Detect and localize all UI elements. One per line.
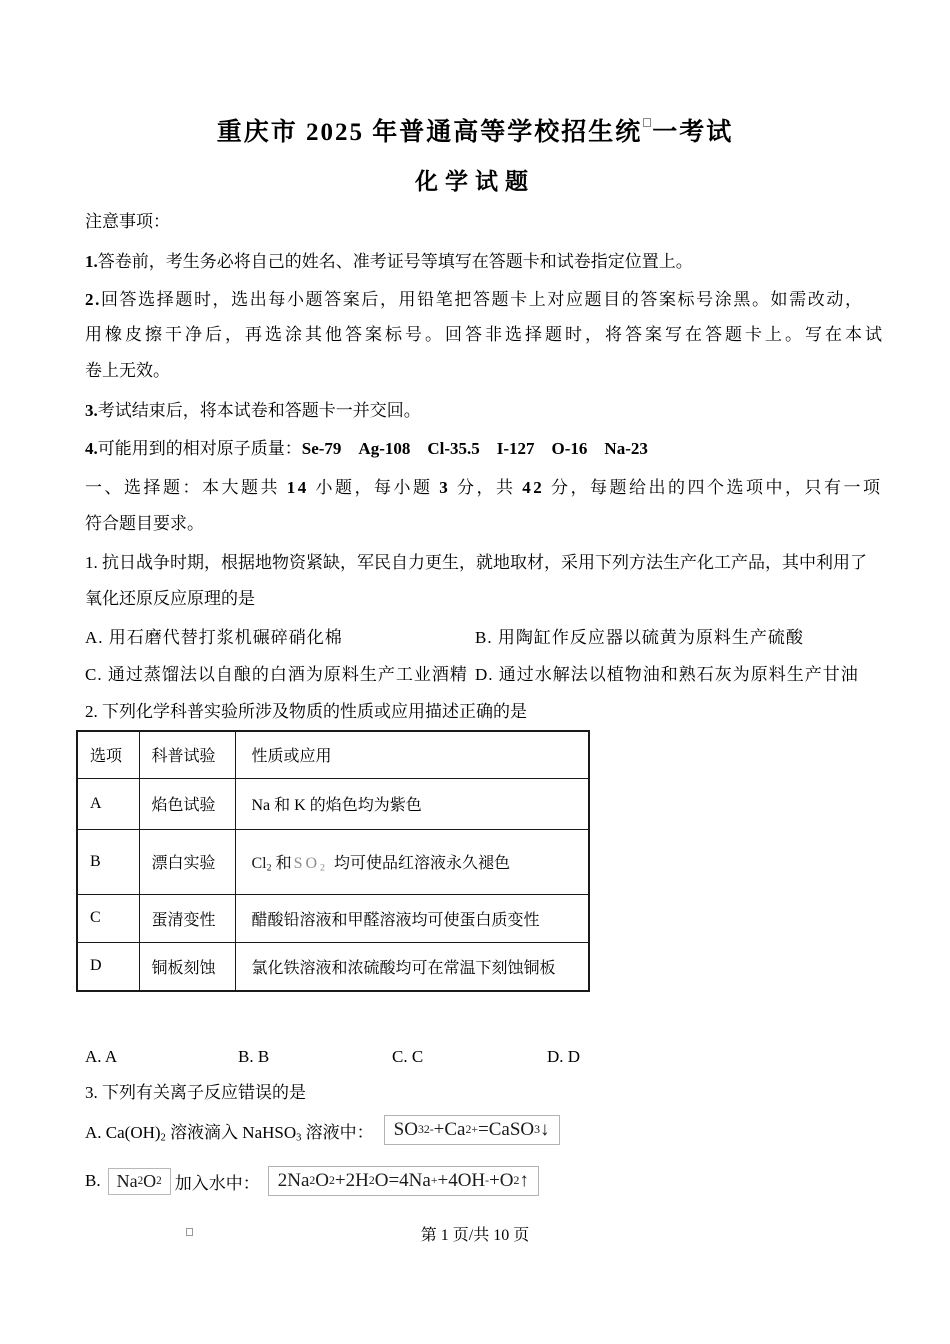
notice-item-2-line-3: 卷上无效。 bbox=[85, 360, 170, 381]
q3-option-b-reagent-box: Na2O2 bbox=[108, 1168, 171, 1195]
table-row: A 焰色试验 Na 和 K 的焰色均为紫色 bbox=[77, 778, 589, 829]
notice-item-3-number: 3. bbox=[85, 401, 98, 420]
question-3-stem: 3. 下列有关离子反应错误的是 bbox=[85, 1082, 306, 1103]
missing-glyph-box bbox=[643, 118, 651, 127]
q2-answer-b: B. B bbox=[238, 1046, 269, 1067]
table-row: C 蛋清变性 醋酸铅溶液和甲醛溶液均可使蛋白质变性 bbox=[77, 894, 589, 942]
row-c-option: C bbox=[77, 894, 139, 942]
notice-item-2-text-1: 回答选择题时，选出每小题答案后，用铅笔把答题卡上对应题目的答案标号涂黑。如需改动… bbox=[101, 290, 864, 309]
row-a-experiment: 焰色试验 bbox=[139, 778, 235, 829]
question-1-stem-line-1: 1. 抗日战争时期，根据地物资紧缺，军民自力更生，就地取材，采用下列方法生产化工… bbox=[85, 552, 867, 573]
table-header-experiment: 科普试验 bbox=[139, 731, 235, 778]
row-b-experiment: 漂白实验 bbox=[139, 829, 235, 894]
section-1-heading-line-2: 符合题目要求。 bbox=[85, 513, 204, 534]
question-3-option-b: B. Na2O2 加入水中： 2Na2O2 +2H2O=4Na+ +4OH- +… bbox=[85, 1162, 539, 1200]
table-row: D 铜板刻蚀 氯化铁溶液和浓硫酸均可在常温下刻蚀铜板 bbox=[77, 942, 589, 991]
table-row: B 漂白实验 Cl2 和SO2 均可使品红溶液永久褪色 bbox=[77, 829, 589, 894]
section-1-points-total: 42 bbox=[522, 478, 544, 497]
row-d-experiment: 铜板刻蚀 bbox=[139, 942, 235, 991]
q2-answer-c: C. C bbox=[392, 1046, 423, 1067]
notice-item-4-number: 4. bbox=[85, 439, 98, 458]
notice-heading: 注意事项： bbox=[85, 211, 170, 232]
row-a-option: A bbox=[77, 778, 139, 829]
table-header-row: 选项 科普试验 性质或应用 bbox=[77, 731, 589, 778]
notice-item-2-line-1: 2.回答选择题时，选出每小题答案后，用铅笔把答题卡上对应题目的答案标号涂黑。如需… bbox=[85, 289, 864, 310]
paper-subtitle: 化学试题 bbox=[0, 163, 950, 196]
row-d-desc: 氯化铁溶液和浓硫酸均可在常温下刻蚀铜板 bbox=[235, 942, 589, 991]
row-b-rest-text: 均可使品红溶液永久褪色 bbox=[334, 855, 510, 872]
section-1-seg-2: 小题，每小题 bbox=[309, 478, 440, 497]
row-c-desc: 醋酸铅溶液和甲醛溶液均可使蛋白质变性 bbox=[235, 894, 589, 942]
atomic-masses: Se-79 Ag-108 Cl-35.5 I-127 O-16 Na-23 bbox=[302, 439, 648, 458]
q3-option-b-text: 加入水中： bbox=[175, 1169, 260, 1194]
q3-option-b-label: B. bbox=[85, 1171, 101, 1191]
page-number: 第 1 页/共 10 页 bbox=[0, 1222, 950, 1245]
notice-item-4: 4.可能用到的相对原子质量：Se-79 Ag-108 Cl-35.5 I-127… bbox=[85, 438, 648, 459]
question-1-option-b: B. 用陶缸作反应器以硫黄为原料生产硫酸 bbox=[475, 627, 804, 648]
row-a-desc: Na 和 K 的焰色均为紫色 bbox=[235, 778, 589, 829]
notice-item-2-number: 2. bbox=[85, 290, 101, 309]
exam-paper-page: 重庆市 2025 年普通高等学校招生统一考试 化学试题 注意事项： 1.答卷前，… bbox=[0, 0, 950, 1344]
so2-formula: SO2 bbox=[294, 855, 328, 872]
question-1-option-a: A. 用石磨代替打浆机碾碎硝化棉 bbox=[85, 627, 343, 648]
cl2-formula: Cl2 bbox=[252, 855, 272, 872]
notice-item-3-text: 考试结束后，将本试卷和答题卡一并交回。 bbox=[98, 401, 421, 420]
section-1-points-each: 3 bbox=[439, 478, 450, 497]
q2-answer-a: A. A bbox=[85, 1046, 117, 1067]
q3-option-a-text: A. Ca(OH)2 溶液滴入 NaHSO3 溶液中： bbox=[85, 1118, 374, 1143]
table-header-property: 性质或应用 bbox=[235, 731, 589, 778]
row-b-mid-text: 和 bbox=[276, 855, 292, 872]
section-1-seg-4: 分，每题给出的四个选项中，只有一项 bbox=[544, 478, 882, 497]
notice-item-1-text: 答卷前，考生务必将自己的姓名、准考证号等填写在答题卡和试卷指定位置上。 bbox=[98, 252, 693, 271]
notice-item-2-line-2: 用橡皮擦干净后，再选涂其他答案标号。回答非选择题时，将答案写在答题卡上。写在本试 bbox=[85, 324, 885, 345]
section-1-seg-3: 分，共 bbox=[450, 478, 522, 497]
question-1-option-d: D. 通过水解法以植物油和熟石灰为原料生产甘油 bbox=[475, 664, 859, 685]
question-3-option-a: A. Ca(OH)2 溶液滴入 NaHSO3 溶液中： SO32- +Ca2+ … bbox=[85, 1112, 560, 1148]
section-1-count: 14 bbox=[287, 478, 309, 497]
page-title: 重庆市 2025 年普通高等学校招生统一考试 bbox=[0, 112, 950, 148]
q3-option-a-equation-box: SO32- +Ca2+ =CaSO3 ↓ bbox=[384, 1115, 560, 1145]
question-2-stem: 2. 下列化学科普实验所涉及物质的性质或应用描述正确的是 bbox=[85, 701, 527, 722]
row-c-experiment: 蛋清变性 bbox=[139, 894, 235, 942]
question-1-stem-line-2: 氧化还原反应原理的是 bbox=[85, 588, 255, 609]
title-text-right: 一考试 bbox=[652, 119, 733, 146]
table-header-option: 选项 bbox=[77, 731, 139, 778]
row-b-desc: Cl2 和SO2 均可使品红溶液永久褪色 bbox=[235, 829, 589, 894]
section-1-seg-1: 一、选择题：本大题共 bbox=[85, 478, 287, 497]
q3-option-b-equation-box: 2Na2O2 +2H2O=4Na+ +4OH- +O2 ↑ bbox=[268, 1166, 539, 1196]
q2-answer-d: D. D bbox=[547, 1046, 580, 1067]
title-text-left: 重庆市 2025 年普通高等学校招生统 bbox=[217, 119, 643, 146]
question-1-option-c: C. 通过蒸馏法以自酿的白酒为原料生产工业酒精 bbox=[85, 664, 468, 685]
notice-item-1-number: 1. bbox=[85, 252, 98, 271]
row-d-option: D bbox=[77, 942, 139, 991]
notice-item-1: 1.答卷前，考生务必将自己的姓名、准考证号等填写在答题卡和试卷指定位置上。 bbox=[85, 251, 693, 272]
row-b-option: B bbox=[77, 829, 139, 894]
question-2-table: 选项 科普试验 性质或应用 A 焰色试验 Na 和 K 的焰色均为紫色 B 漂白… bbox=[76, 730, 590, 992]
notice-item-4-label: 可能用到的相对原子质量： bbox=[98, 439, 302, 458]
notice-item-3: 3.考试结束后，将本试卷和答题卡一并交回。 bbox=[85, 400, 421, 421]
section-1-heading-line-1: 一、选择题：本大题共 14 小题，每小题 3 分，共 42 分，每题给出的四个选… bbox=[85, 477, 883, 498]
